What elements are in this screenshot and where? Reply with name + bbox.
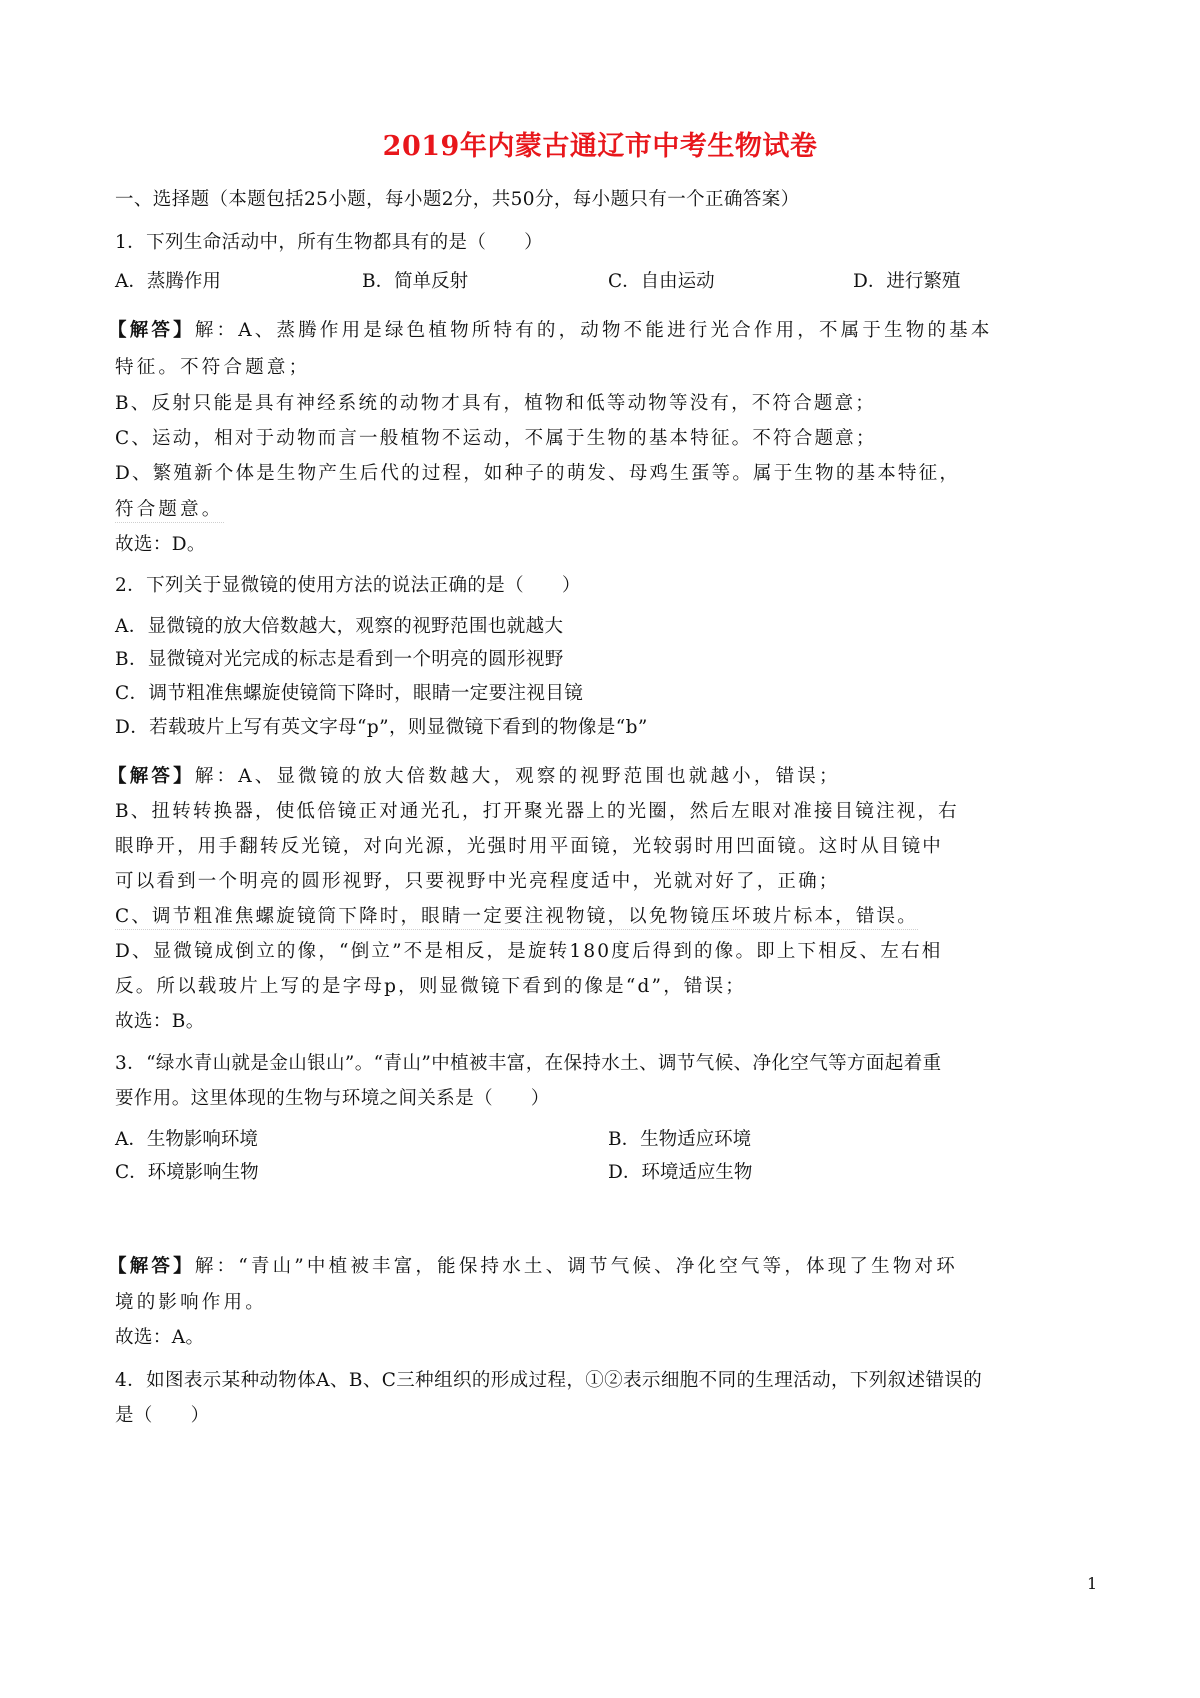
question-3-stem-line-1: 3．“绿水青山就是金山银山”。“青山”中植被丰富，在保持水土、调节气候、净化空气… bbox=[115, 1052, 942, 1076]
question-2-answer-line-4: 可以看到一个明亮的圆形视野，只要视野中光亮程度适中，光就对好了，正确； bbox=[115, 870, 840, 894]
answer-tag: 【解答】 bbox=[108, 766, 195, 787]
page-number: 1 bbox=[1087, 1574, 1097, 1593]
question-2-answer-line-6: D、显微镜成倒立的像，“倒立”不是相反，是旋转180度后得到的像。即上下相反、左… bbox=[115, 940, 942, 964]
question-1-option-c: C．自由运动 bbox=[608, 270, 715, 294]
question-3-answer-line-2: 境的影响作用。 bbox=[115, 1291, 267, 1315]
question-1-answer-line-6: 符合题意。 bbox=[115, 498, 224, 523]
question-4-stem-line-1: 4．如图表示某种动物体A、B、C三种组织的形成过程，①②表示细胞不同的生理活动，… bbox=[115, 1369, 982, 1393]
question-1-option-b: B．简单反射 bbox=[362, 270, 468, 294]
question-1-answer-line-5: D、繁殖新个体是生物产生后代的过程，如种子的萌发、母鸡生蛋等。属于生物的基本特征… bbox=[115, 462, 960, 486]
question-2-final-answer: 故选：B。 bbox=[115, 1010, 205, 1034]
question-3-option-c: C．环境影响生物 bbox=[115, 1161, 259, 1185]
question-1-answer-line-3: B、反射只能是具有神经系统的动物才具有，植物和低等动物等没有，不符合题意； bbox=[115, 392, 876, 416]
question-2-answer-line-2: B、扭转转换器，使低倍镜正对通光孔，打开聚光器上的光圈，然后左眼对准接目镜注视，… bbox=[115, 800, 959, 824]
section-heading: 一、选择题（本题包括25小题，每小题2分，共50分，每小题只有一个正确答案） bbox=[115, 188, 800, 212]
question-3-option-d: D．环境适应生物 bbox=[608, 1161, 752, 1185]
question-2-option-c: C．调节粗准焦螺旋使镜筒下降时，眼睛一定要注视目镜 bbox=[115, 682, 583, 706]
page-title: 2019年内蒙古通辽市中考生物试卷 bbox=[0, 124, 1200, 163]
question-1-option-a: A．蒸腾作用 bbox=[115, 270, 221, 294]
question-2-answer-line-1: 【解答】解：A、显微镜的放大倍数越大，观察的视野范围也就越小，错误； bbox=[108, 765, 841, 789]
question-1-answer-line-2: 特征。不符合题意； bbox=[115, 356, 310, 380]
question-2-answer-line-3: 眼睁开，用手翻转反光镜，对向光源，光强时用平面镜，光较弱时用凹面镜。这时从目镜中 bbox=[115, 835, 943, 859]
question-3-option-b: B．生物适应环境 bbox=[608, 1128, 751, 1152]
question-2-stem: 2．下列关于显微镜的使用方法的说法正确的是（ ） bbox=[115, 574, 581, 598]
question-2-option-a: A．显微镜的放大倍数越大，观察的视野范围也就越大 bbox=[115, 615, 563, 639]
question-1-option-d: D．进行繁殖 bbox=[853, 270, 960, 294]
question-1-answer-line-4: C、运动，相对于动物而言一般植物不运动，不属于生物的基本特征。不符合题意； bbox=[115, 427, 877, 451]
question-1-final-answer: 故选：D。 bbox=[115, 533, 206, 557]
question-3-stem-line-2: 要作用。这里体现的生物与环境之间关系是（ ） bbox=[115, 1087, 550, 1111]
question-3-option-a: A．生物影响环境 bbox=[115, 1128, 258, 1152]
question-4-stem-line-2: 是（ ） bbox=[115, 1404, 210, 1428]
question-1-answer-line-1: 【解答】解：A、蒸腾作用是绿色植物所特有的，动物不能进行光合作用，不属于生物的基… bbox=[108, 319, 993, 343]
question-2-answer-line-7: 反。所以载玻片上写的是字母p，则显微镜下看到的像是“d”，错误； bbox=[115, 975, 746, 999]
question-2-answer-line-5: C、调节粗准焦螺旋镜筒下降时，眼睛一定要注视物镜，以免物镜压坏玻片标本，错误。 bbox=[115, 905, 918, 930]
question-1-stem: 1．下列生命活动中，所有生物都具有的是（ ） bbox=[115, 231, 543, 255]
question-3-final-answer: 故选：A。 bbox=[115, 1326, 204, 1350]
question-3-answer-line-1: 【解答】解：“青山”中植被丰富，能保持水土、调节气候、净化空气等，体现了生物对环 bbox=[108, 1255, 958, 1279]
question-2-option-d: D．若载玻片上写有英文字母“p”，则显微镜下看到的物像是“b” bbox=[115, 716, 648, 740]
answer-tag: 【解答】 bbox=[108, 320, 195, 341]
answer-tag: 【解答】 bbox=[108, 1256, 195, 1277]
question-2-option-b: B．显微镜对光完成的标志是看到一个明亮的圆形视野 bbox=[115, 648, 564, 672]
